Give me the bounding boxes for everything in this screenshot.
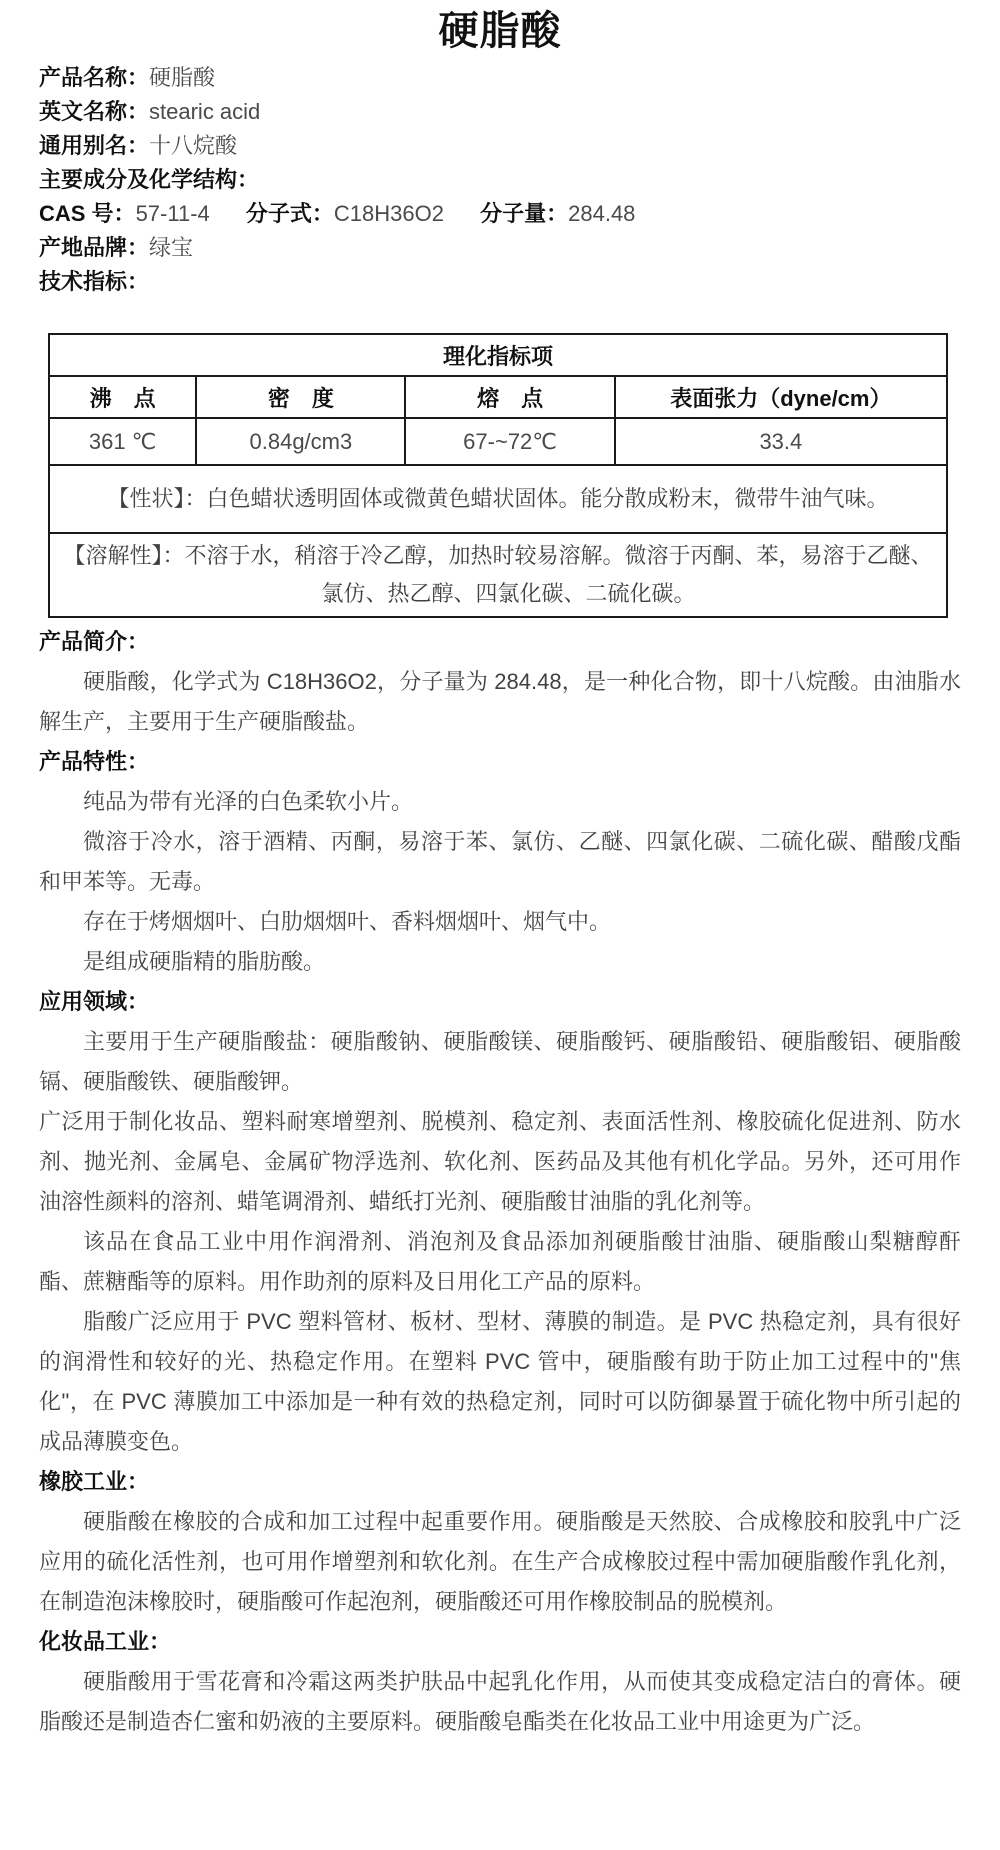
field-label: 产品名称： bbox=[39, 65, 149, 90]
section-paragraph: 硬脂酸用于雪花膏和冷霜这两类护肤品中起乳化作用，从而使其变成稳定洁白的膏体。硬脂… bbox=[39, 1662, 961, 1742]
page-title: 硬脂酸 bbox=[39, 8, 961, 54]
section-heading: 橡胶工业： bbox=[39, 1462, 961, 1502]
section-heading: 产品特性： bbox=[39, 742, 961, 782]
value-surface-tension: 33.4 bbox=[615, 418, 947, 465]
field-label: 英文名称： bbox=[39, 99, 149, 124]
appearance-note: 【性状】：白色蜡状透明固体或微黄色蜡状固体。能分散成粉末，微带牛油气味。 bbox=[49, 465, 947, 533]
section-paragraph: 存在于烤烟烟叶、白肋烟烟叶、香料烟烟叶、烟气中。 bbox=[39, 902, 961, 942]
field-value: C18H36O2 bbox=[334, 201, 444, 226]
header-melting-point: 熔 点 bbox=[405, 376, 614, 418]
solubility-note-cell: 【溶解性】：不溶于水，稍溶于冷乙醇，加热时较易溶解。微溶于丙酮、苯，易溶于乙醚、… bbox=[49, 533, 947, 617]
field-value: 十八烷酸 bbox=[149, 133, 237, 158]
section-paragraph: 硬脂酸在橡胶的合成和加工过程中起重要作用。硬脂酸是天然胶、合成橡胶和胶乳中广泛应… bbox=[39, 1502, 961, 1622]
header-surface-tension: 表面张力（dyne/cm） bbox=[615, 376, 947, 418]
field-label: 通用别名： bbox=[39, 133, 149, 158]
document-page: 硬脂酸 产品名称：硬脂酸 英文名称：stearic acid 通用别名：十八烷酸… bbox=[0, 0, 1000, 1850]
field-label: 分子量： bbox=[480, 201, 568, 226]
section-paragraph: 纯品为带有光泽的白色柔软小片。 bbox=[39, 782, 961, 822]
info-row-tech-spec: 技术指标： bbox=[39, 270, 961, 293]
field-value: 硬脂酸 bbox=[149, 65, 215, 90]
section-paragraph: 广泛用于制化妆品、塑料耐寒增塑剂、脱模剂、稳定剂、表面活性剂、橡胶硫化促进剂、防… bbox=[39, 1102, 961, 1222]
field-value: 284.48 bbox=[568, 201, 635, 226]
molecular-weight: 分子量：284.48 bbox=[480, 201, 635, 226]
info-row-brand: 产地品牌：绿宝 bbox=[39, 236, 961, 259]
table-title-row: 理化指标项 bbox=[49, 334, 947, 376]
section-paragraph: 是组成硬脂精的脂肪酸。 bbox=[39, 942, 961, 982]
info-row-english-name: 英文名称：stearic acid bbox=[39, 100, 961, 123]
physchem-table: 理化指标项 沸 点 密 度 熔 点 表面张力（dyne/cm） 361 ℃ 0.… bbox=[48, 333, 948, 618]
table-note-row: 【性状】：白色蜡状透明固体或微黄色蜡状固体。能分散成粉末，微带牛油气味。 bbox=[49, 465, 947, 533]
table-note-row: 【溶解性】：不溶于水，稍溶于冷乙醇，加热时较易溶解。微溶于丙酮、苯，易溶于乙醚、… bbox=[49, 533, 947, 617]
section-paragraph: 硬脂酸，化学式为 C18H36O2，分子量为 284.48，是一种化合物，即十八… bbox=[39, 662, 961, 742]
molecular-formula: 分子式：C18H36O2 bbox=[246, 201, 444, 226]
section-paragraph: 脂酸广泛应用于 PVC 塑料管材、板材、型材、薄膜的制造。是 PVC 热稳定剂，… bbox=[39, 1302, 961, 1462]
table-header-row: 沸 点 密 度 熔 点 表面张力（dyne/cm） bbox=[49, 376, 947, 418]
table-value-row: 361 ℃ 0.84g/cm3 67-~72℃ 33.4 bbox=[49, 418, 947, 465]
field-label: 产地品牌： bbox=[39, 235, 149, 260]
field-label: 分子式： bbox=[246, 201, 334, 226]
section-heading: 应用领域： bbox=[39, 982, 961, 1022]
section-paragraph: 该品在食品工业中用作润滑剂、消泡剂及食品添加剂硬脂酸甘油脂、硬脂酸山梨糖醇酐酯、… bbox=[39, 1222, 961, 1302]
section-paragraph: 微溶于冷水，溶于酒精、丙酮，易溶于苯、氯仿、乙醚、四氯化碳、二硫化碳、醋酸戊酯和… bbox=[39, 822, 961, 902]
value-density: 0.84g/cm3 bbox=[196, 418, 405, 465]
header-boiling-point: 沸 点 bbox=[49, 376, 196, 418]
cas-row: CAS 号：57-11-4 分子式：C18H36O2 分子量：284.48 bbox=[39, 202, 961, 225]
info-list: 产品名称：硬脂酸 英文名称：stearic acid 通用别名：十八烷酸 主要成… bbox=[39, 66, 961, 293]
section-cosmetics-industry: 化妆品工业： 硬脂酸用于雪花膏和冷霜这两类护肤品中起乳化作用，从而使其变成稳定洁… bbox=[39, 1622, 961, 1742]
field-label: 技术指标： bbox=[39, 269, 149, 294]
field-value: 绿宝 bbox=[149, 235, 193, 260]
header-density: 密 度 bbox=[196, 376, 405, 418]
section-heading: 产品简介： bbox=[39, 622, 961, 662]
section-intro: 产品简介： 硬脂酸，化学式为 C18H36O2，分子量为 284.48，是一种化… bbox=[39, 622, 961, 742]
section-rubber-industry: 橡胶工业： 硬脂酸在橡胶的合成和加工过程中起重要作用。硬脂酸是天然胶、合成橡胶和… bbox=[39, 1462, 961, 1622]
section-paragraph: 主要用于生产硬脂酸盐：硬脂酸钠、硬脂酸镁、硬脂酸钙、硬脂酸铅、硬脂酸铝、硬脂酸镉… bbox=[39, 1022, 961, 1102]
info-row-alias: 通用别名：十八烷酸 bbox=[39, 134, 961, 157]
field-label: CAS 号： bbox=[39, 201, 136, 226]
sections: 产品简介： 硬脂酸，化学式为 C18H36O2，分子量为 284.48，是一种化… bbox=[39, 622, 961, 1742]
field-value: stearic acid bbox=[149, 99, 260, 124]
info-row-product-name: 产品名称：硬脂酸 bbox=[39, 66, 961, 89]
info-row-composition: 主要成分及化学结构： bbox=[39, 168, 961, 191]
section-features: 产品特性： 纯品为带有光泽的白色柔软小片。 微溶于冷水，溶于酒精、丙酮，易溶于苯… bbox=[39, 742, 961, 982]
cas-number: CAS 号：57-11-4 bbox=[39, 201, 210, 226]
field-value: 57-11-4 bbox=[136, 201, 210, 226]
value-melting-point: 67-~72℃ bbox=[405, 418, 614, 465]
section-heading: 化妆品工业： bbox=[39, 1622, 961, 1662]
value-boiling-point: 361 ℃ bbox=[49, 418, 196, 465]
field-label: 主要成分及化学结构： bbox=[39, 167, 259, 192]
solubility-note: 【溶解性】：不溶于水，稍溶于冷乙醇，加热时较易溶解。微溶于丙酮、苯，易溶于乙醚、… bbox=[62, 537, 934, 613]
table-title: 理化指标项 bbox=[49, 334, 947, 376]
section-applications: 应用领域： 主要用于生产硬脂酸盐：硬脂酸钠、硬脂酸镁、硬脂酸钙、硬脂酸铅、硬脂酸… bbox=[39, 982, 961, 1462]
